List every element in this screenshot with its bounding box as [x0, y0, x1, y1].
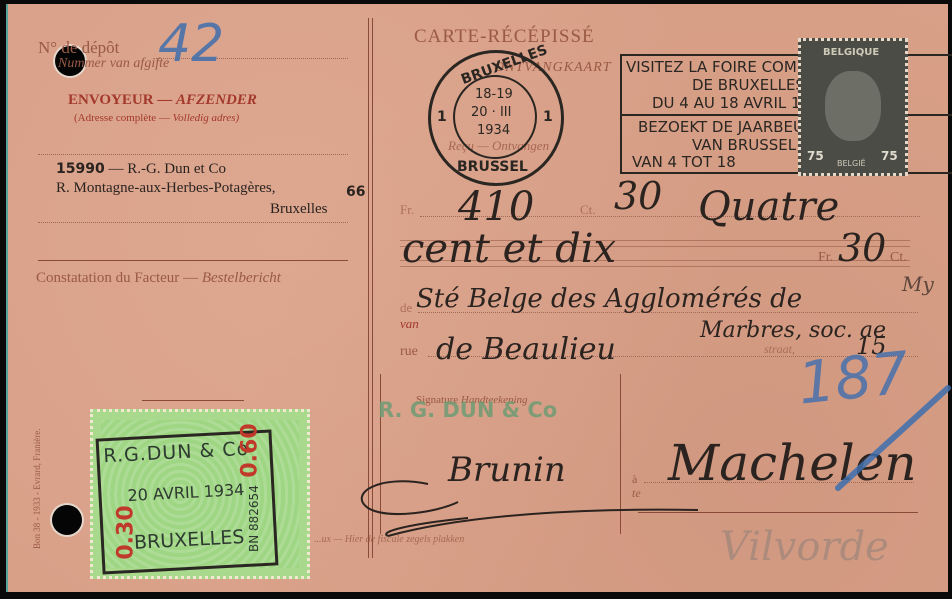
amount-words-2: cent et dix: [402, 226, 616, 272]
fiscal-note: ...ux — Hier de fiscale zegels plakken: [314, 534, 464, 545]
postmark: BRUXELLES BRUSSEL 1 1 18-19 20 · III 193…: [428, 50, 564, 186]
sender-line-3: Bruxelles: [270, 201, 328, 218]
document-title: CARTE-RÉCÉPISSÉ: [414, 26, 595, 48]
ct-label: Ct.: [580, 202, 596, 218]
sender-line-1: 15990 — R.-G. Dun et Co: [56, 161, 226, 178]
blue-crayon-strike: [828, 384, 952, 494]
sender-dotline-bottom: [38, 222, 348, 223]
street-label-nl: straat,: [764, 342, 795, 357]
fiscal-overprint-left: 0.30: [114, 505, 139, 559]
recipient-line-1: Sté Belge des Agglomérés de: [416, 284, 802, 314]
punch-hole-bottom: [52, 505, 82, 535]
sender-line-2-number: 66: [346, 184, 365, 200]
fr-label: Fr.: [400, 202, 414, 218]
amount-words-1: Quatre: [698, 184, 839, 230]
destination-rule: [638, 512, 918, 513]
company-stamp: R. G. DUN & Co: [378, 398, 557, 422]
fiscal-serial: BN 882654: [247, 485, 261, 552]
amount-cents-2: 30: [838, 226, 886, 270]
fiscal-stamp-rule: [142, 400, 244, 401]
street-value: de Beaulieu: [436, 332, 616, 367]
deposit-label-nl: Nummer van afgifte: [58, 56, 169, 72]
street-label: rue: [400, 344, 418, 360]
amount-francs: 410: [458, 184, 534, 230]
deposit-label-fr: N° de dépôt: [38, 38, 119, 58]
postman-label: Constatation du Facteur — Bestelbericht: [36, 270, 281, 287]
recipient-label-nl: van: [400, 316, 419, 332]
to-label-nl: te: [632, 486, 641, 501]
address-hint: (Adresse complète — Volledig adres): [74, 112, 239, 124]
ct-label-2: Ct.: [890, 250, 907, 266]
to-label-fr: à: [632, 472, 637, 487]
fiscal-overprint-top: 0.60: [238, 423, 263, 477]
receipt-card: N° de dépôt Nummer van afgifte 42 ENVOYE…: [6, 4, 948, 592]
postage-stamp: BELGIQUE 75 75 BELGIË: [798, 38, 908, 176]
printer-note: Bon 38 - 1933 - Evrard, Franière.: [32, 429, 42, 549]
sender-dotline-top: [38, 154, 348, 155]
recipient-label-fr: de: [400, 300, 412, 316]
fiscal-stamp: R.G.DUN & Co 20 AVRIL 1934 BRUXELLES 0.6…: [90, 409, 310, 579]
deposit-number: 42: [158, 14, 224, 74]
sender-line-2: R. Montagne-aux-Herbes-Potagères,: [56, 180, 276, 197]
sender-heading: ENVOYEUR — AFZENDER: [68, 92, 257, 109]
fr-label-2: Fr.: [818, 250, 833, 266]
initials: My: [902, 272, 934, 296]
postman-rule: [38, 260, 348, 261]
amount-cents: 30: [614, 174, 662, 218]
pencil-note: Vilvorde: [720, 524, 889, 570]
